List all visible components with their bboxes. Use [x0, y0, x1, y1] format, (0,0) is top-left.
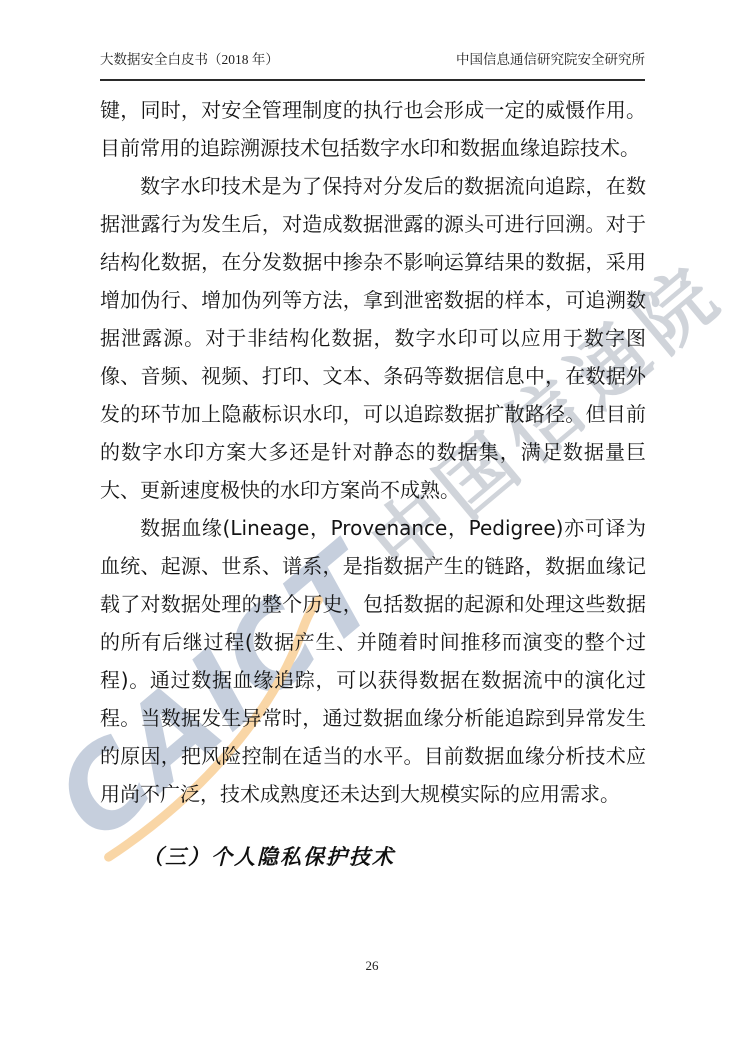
- paragraph-traceability-continuation: 键，同时，对安全管理制度的执行也会形成一定的威慑作用。目前常用的追踪溯源技术包括…: [100, 91, 646, 167]
- document-page: CAICT 中国信通院 大数据安全白皮书（2018 年） 中国信息通信研究院安全…: [0, 0, 744, 1052]
- page-header: 大数据安全白皮书（2018 年） 中国信息通信研究院安全研究所: [100, 48, 645, 81]
- paragraph-data-lineage: 数据血缘(Lineage，Provenance，Pedigree)亦可译为血统、…: [100, 509, 646, 813]
- header-right-title: 中国信息通信研究院安全研究所: [456, 48, 645, 68]
- page-number: 26: [0, 958, 744, 974]
- page-body: 键，同时，对安全管理制度的执行也会形成一定的威慑作用。目前常用的追踪溯源技术包括…: [100, 91, 646, 876]
- section-heading-privacy-protection: （三）个人隐私保护技术: [100, 838, 646, 876]
- paragraph-digital-watermark: 数字水印技术是为了保持对分发后的数据流向追踪，在数据泄露行为发生后，对造成数据泄…: [100, 167, 646, 509]
- header-left-title: 大数据安全白皮书（2018 年）: [100, 48, 279, 68]
